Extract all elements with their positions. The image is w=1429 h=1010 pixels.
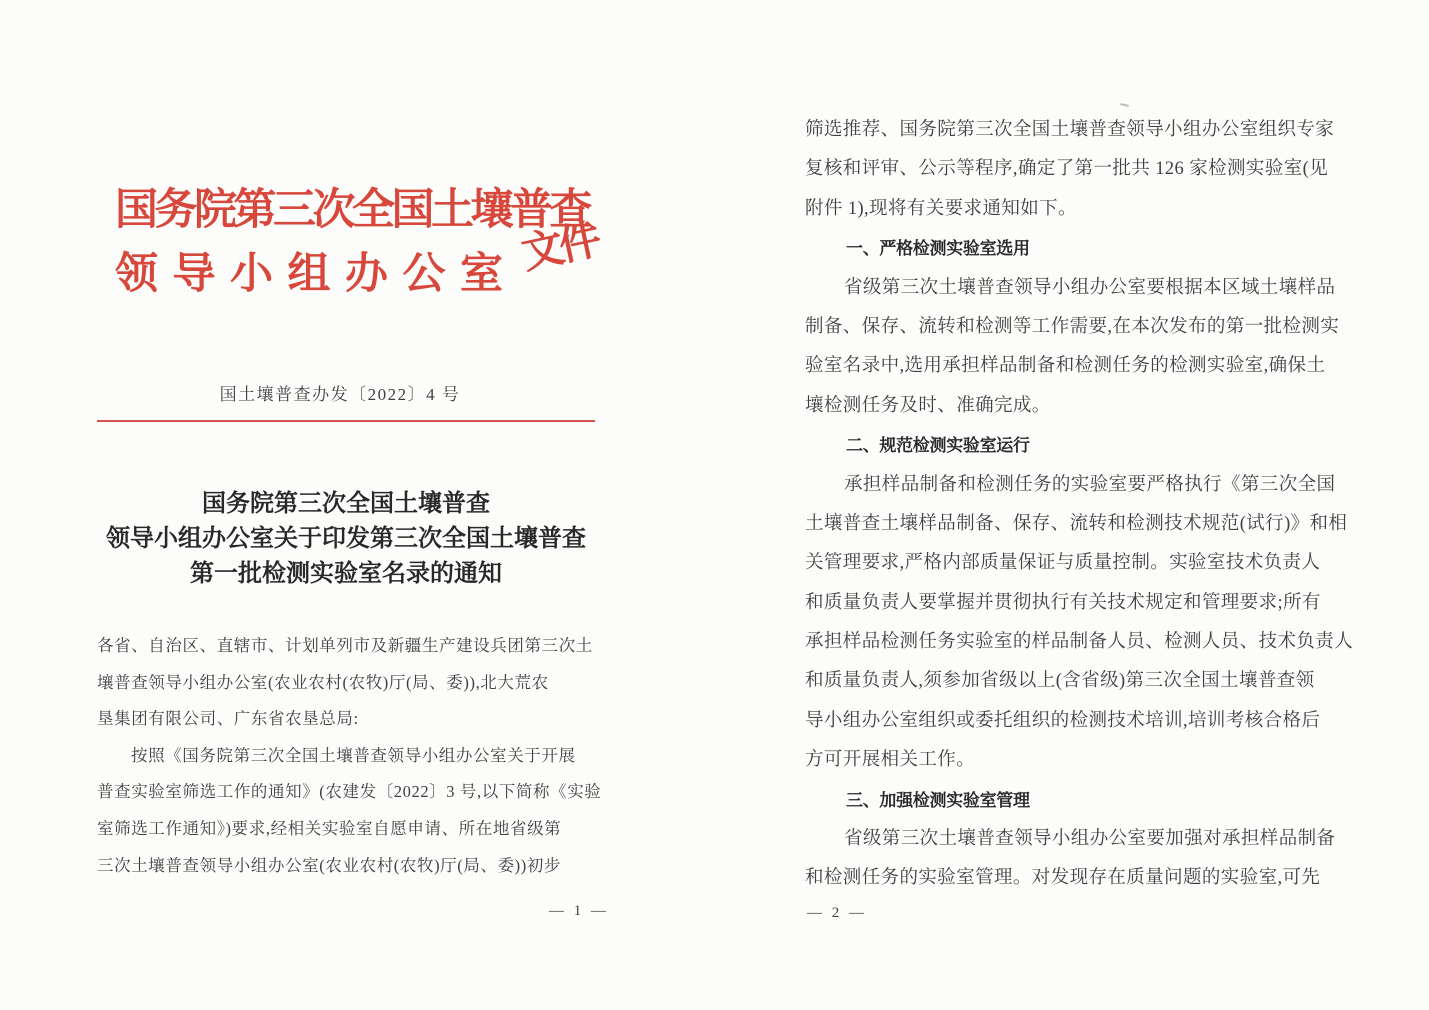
page-2-number: — 2 — <box>807 905 867 922</box>
body-line: 省级第三次土壤普查领导小组办公室要加强对承担样品制备 <box>805 820 1365 859</box>
body-line: 和检测任务的实验室管理。对发现存在质量问题的实验室,可先 <box>805 859 1365 898</box>
salutation-line: 各省、自治区、直辖市、计划单列市及新疆生产建设兵团第三次土 <box>97 628 595 665</box>
section-heading-2: 二、规范检测实验室运行 <box>805 426 1365 465</box>
body-line: 和质量负责人要掌握并贯彻执行有关技术规定和管理要求;所有 <box>805 584 1365 623</box>
page-1-number: — 1 — <box>549 903 609 920</box>
body-line: 承担样品检测任务实验室的样品制备人员、检测人员、技术负责人 <box>805 623 1365 662</box>
body-line: 筛选推荐、国务院第三次全国土壤普查领导小组办公室组织专家 <box>805 111 1365 150</box>
body-line: 附件 1),现将有关要求通知如下。 <box>805 190 1365 229</box>
page-2: 筛选推荐、国务院第三次全国土壤普查领导小组办公室组织专家 复核和评审、公示等程序… <box>805 0 1365 1010</box>
body-line: 土壤普查土壤样品制备、保存、流转和检测技术规范(试行)》和相 <box>805 505 1365 544</box>
letterhead-line-2: 领导小组办公室 <box>115 247 518 303</box>
body-line: 按照《国务院第三次全国土壤普查领导小组办公室关于开展 <box>97 738 595 775</box>
body-line: 壤检测任务及时、准确完成。 <box>805 387 1365 426</box>
title-line-2: 领导小组办公室关于印发第三次全国土壤普查 <box>97 522 595 557</box>
scan-speck <box>1120 103 1129 107</box>
salutation-line: 壤普查领导小组办公室(农业农村(农牧)厅(局、委)),北大荒农 <box>97 665 595 702</box>
body-line: 导小组办公室组织或委托组织的检测技术培训,培训考核合格后 <box>805 702 1365 741</box>
body-line: 验室名录中,选用承担样品制备和检测任务的检测实验室,确保土 <box>805 347 1365 386</box>
body-line: 制备、保存、流转和检测等工作需要,在本次发布的第一批检测实 <box>805 308 1365 347</box>
title-line-3: 第一批检测实验室名录的通知 <box>97 557 595 592</box>
document-number: 国土壤普查办发〔2022〕4 号 <box>97 380 583 405</box>
salutation-line: 垦集团有限公司、广东省农垦总局: <box>97 701 595 738</box>
red-divider-rule <box>97 420 595 422</box>
page-1-body: 各省、自治区、直辖市、计划单列市及新疆生产建设兵团第三次土 壤普查领导小组办公室… <box>97 628 595 884</box>
section-heading-3: 三、加强检测实验室管理 <box>805 781 1365 820</box>
body-line: 关管理要求,严格内部质量保证与质量控制。实验室技术负责人 <box>805 544 1365 583</box>
title-line-1: 国务院第三次全国土壤普查 <box>97 487 595 522</box>
body-line: 和质量负责人,须参加省级以上(含省级)第三次全国土壤普查领 <box>805 662 1365 701</box>
body-line: 室筛选工作通知》)要求,经相关实验室自愿申请、所在地省级第 <box>97 811 595 848</box>
body-line: 方可开展相关工作。 <box>805 741 1365 780</box>
body-line: 省级第三次土壤普查领导小组办公室要根据本区域土壤样品 <box>805 269 1365 308</box>
document-title: 国务院第三次全国土壤普查 领导小组办公室关于印发第三次全国土壤普查 第一批检测实… <box>97 487 595 592</box>
body-line: 承担样品制备和检测任务的实验室要严格执行《第三次全国 <box>805 466 1365 505</box>
page-1: 国务院第三次全国土壤普查 领导小组办公室 文件 国土壤普查办发〔2022〕4 号… <box>97 0 602 1010</box>
body-line: 三次土壤普查领导小组办公室(农业农村(农牧)厅(局、委))初步 <box>97 848 595 885</box>
section-heading-1: 一、严格检测实验室选用 <box>805 229 1365 268</box>
body-line: 复核和评审、公示等程序,确定了第一批共 126 家检测实验室(见 <box>805 150 1365 189</box>
page-2-body: 筛选推荐、国务院第三次全国土壤普查领导小组办公室组织专家 复核和评审、公示等程序… <box>805 111 1365 899</box>
body-line: 普查实验室筛选工作的通知》(农建发〔2022〕3 号,以下简称《实验 <box>97 774 595 811</box>
scanned-document: 国务院第三次全国土壤普查 领导小组办公室 文件 国土壤普查办发〔2022〕4 号… <box>0 0 1429 1010</box>
